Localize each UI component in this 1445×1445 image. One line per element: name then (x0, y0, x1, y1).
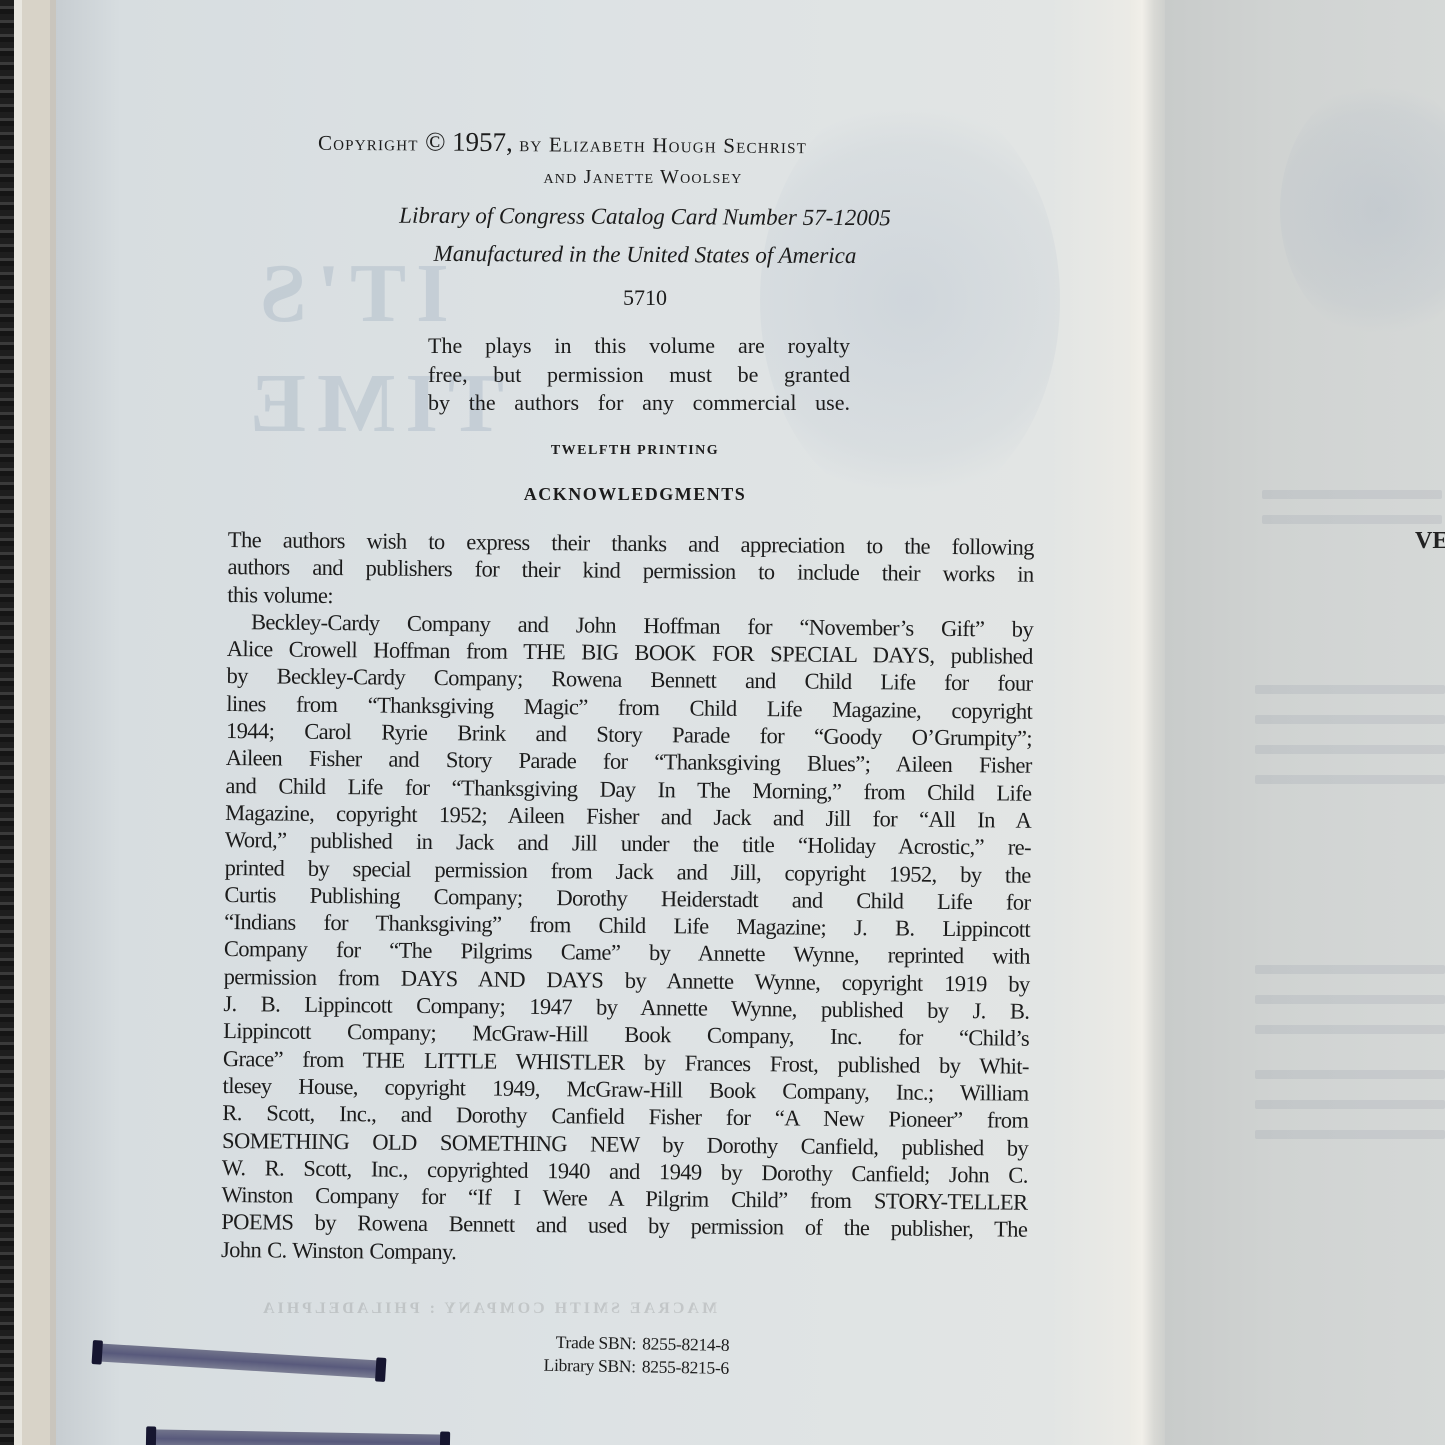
royalty-line: The plays in this volume are royalty (428, 332, 850, 361)
right-ghost-text (1255, 965, 1445, 974)
right-ghost-text (1255, 715, 1445, 724)
sbn-label: Library SBN: (508, 1353, 636, 1378)
right-ghost-text (1255, 1100, 1445, 1109)
ghost-publisher: MACRAE SMITH COMPANY : PHILADELPHIA (260, 1300, 717, 1318)
royalty-notice: The plays in this volume are royalty fre… (428, 332, 850, 418)
right-page-partial-heading: VE (1415, 528, 1445, 555)
right-ghost-text (1262, 490, 1442, 499)
manufactured-line: Manufactured in the United States of Ame… (320, 240, 970, 269)
coauthor-line: and Janette Woolsey (318, 166, 968, 189)
copyright-symbol: © (425, 126, 446, 156)
right-ghost-text (1255, 1130, 1445, 1139)
right-ghost-text (1262, 515, 1442, 524)
sbn-block: Trade SBN:8255-8214-8 Library SBN:8255-8… (508, 1330, 730, 1380)
royalty-line: free, but permission must be granted (428, 361, 850, 390)
copyright-year: 1957, (452, 127, 513, 157)
sbn-value: 8255-8215-6 (642, 1356, 729, 1378)
copyright-label: Copyright (318, 131, 419, 156)
right-ghost-text (1255, 1070, 1445, 1079)
copyright-line: Copyright © 1957, by Elizabeth Hough Sec… (318, 126, 968, 162)
book-cover-edge (14, 0, 58, 1445)
right-ghost-text (1255, 745, 1445, 754)
sbn-library: Library SBN:8255-8215-6 (508, 1353, 729, 1380)
right-ghost-text (1255, 685, 1445, 694)
acknowledgments-body: The authors wish to express their thanks… (221, 526, 1034, 1271)
printing-edition: TWELFTH PRINTING (320, 443, 950, 459)
right-ghost-text (1255, 1025, 1445, 1034)
lccn-line: Library of Congress Catalog Card Number … (320, 202, 970, 231)
copyright-author: by Elizabeth Hough Sechrist (519, 132, 807, 158)
royalty-line: by the authors for any commercial use. (428, 389, 850, 418)
sbn-label: Trade SBN: (508, 1330, 636, 1355)
sbn-value: 8255-8214-8 (642, 1333, 729, 1355)
right-ghost-text (1255, 995, 1445, 1004)
right-ghost-text (1255, 775, 1445, 784)
print-code: 5710 (320, 285, 970, 311)
acknowledgments-heading: ACKNOWLEDGMENTS (320, 484, 950, 505)
book-gutter (1130, 0, 1170, 1445)
